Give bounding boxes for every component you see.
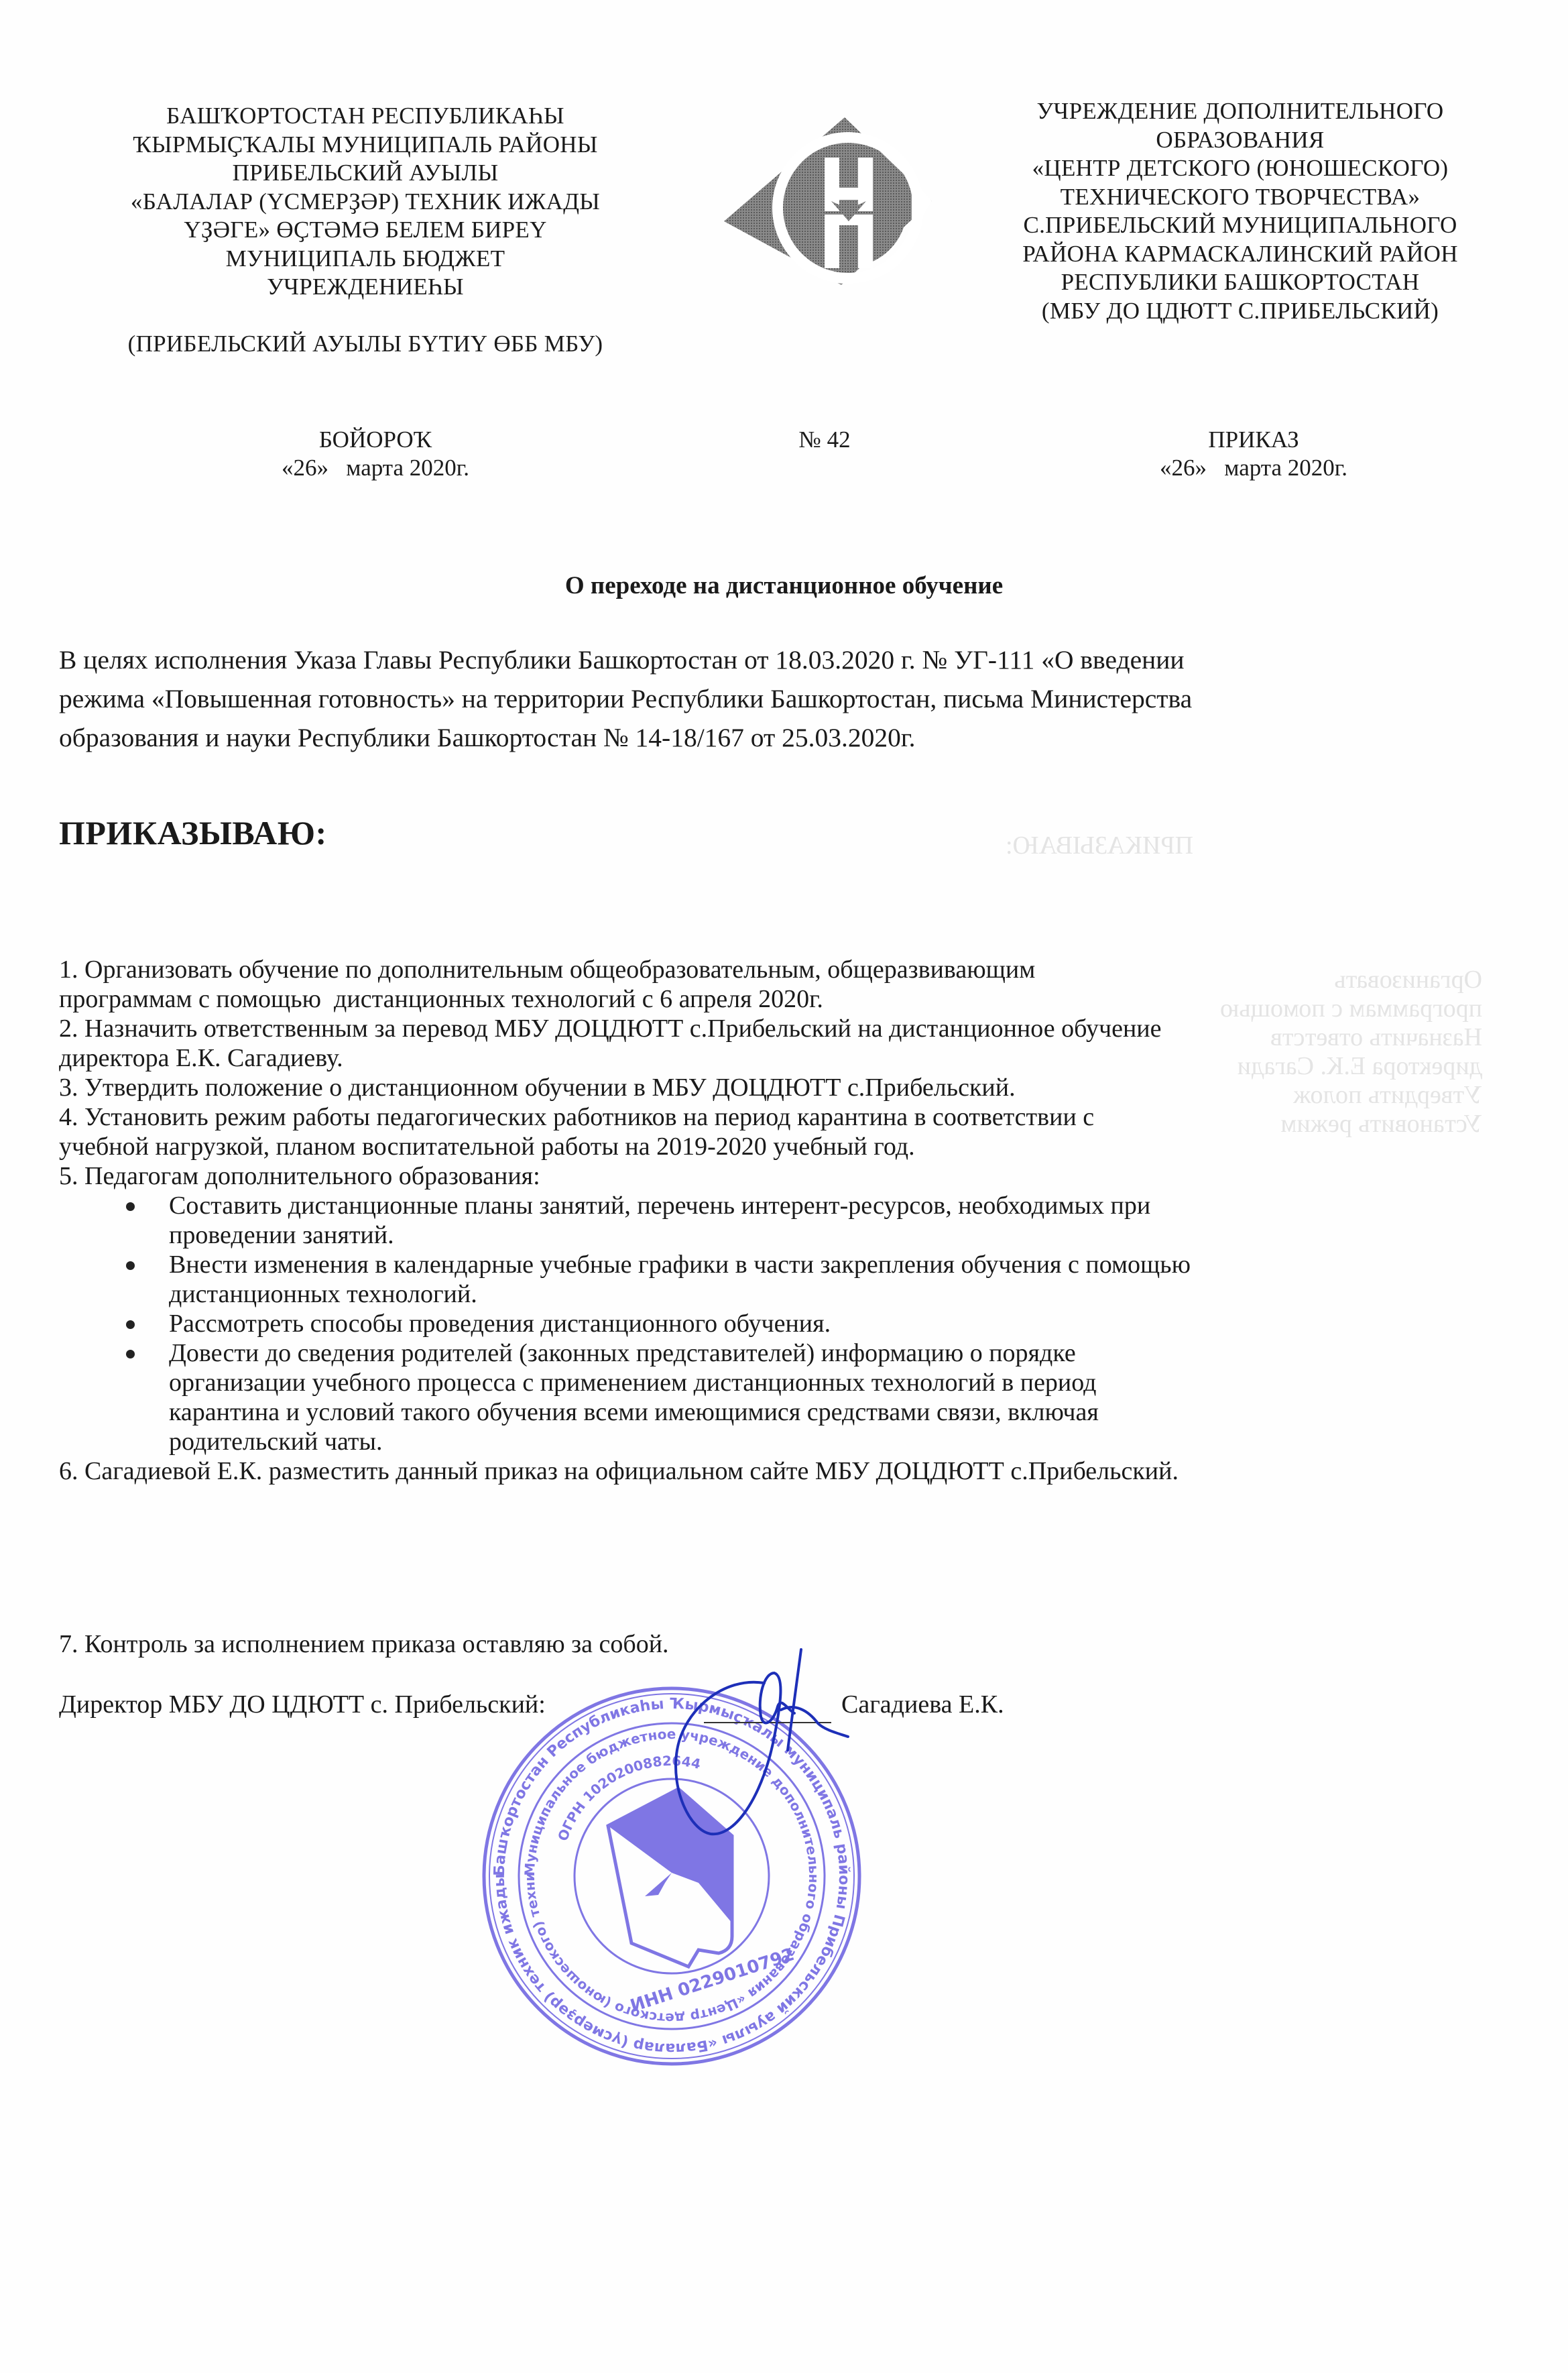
institution-emblem-icon [711,107,932,288]
item-line: 3. Утвердить положение о дистанционном о… [59,1073,1547,1102]
header-left-line: ҠЫРМЫҪҠАЛЫ МУНИЦИПАЛЬ РАЙОНЫ [60,131,670,160]
bullet-dot-icon [126,1320,135,1329]
document-page: ПРИКАЗЫВАЮ: Организовать программам с по… [0,0,1568,2373]
header-left-line: УЧРЕЖДЕНИЕҺЫ [60,273,670,302]
bullet-line: Составить дистанционные планы занятий, п… [169,1191,1547,1220]
order-item-1: 1. Организовать обучение по дополнительн… [59,955,1547,1014]
item-line: 6. Сагадиевой Е.К. разместить данный при… [59,1456,1547,1486]
item-line: 5. Педагогам дополнительного образования… [59,1161,1547,1191]
bullet-line: проведении занятий. [169,1220,1547,1250]
bullet-item: Внести изменения в календарные учебные г… [59,1250,1547,1309]
bullet-line: Внести изменения в календарные учебные г… [169,1250,1547,1279]
item-line: 2. Назначить ответственным за перевод МБ… [59,1014,1547,1043]
item-line: программам с помощью дистанционных техно… [59,984,1547,1014]
item-line: учебной нагрузкой, планом воспитательной… [59,1132,1547,1161]
bullet-line: карантина и условий такого обучения всем… [169,1397,1547,1427]
bullet-dot-icon [126,1261,135,1270]
order-item-6: 6. Сагадиевой Е.К. разместить данный при… [59,1456,1547,1486]
bullet-line: Рассмотреть способы проведения дистанцио… [169,1309,1547,1338]
order-item-4: 4. Установить режим работы педагогически… [59,1102,1547,1161]
signatory-name: Сагадиева Е.К. [841,1690,1004,1719]
header-left-line: ҮҘӘГЕ» ӨҪТӘМӘ БЕЛЕМ БИРЕҮ [60,216,670,245]
handwritten-signature-icon [664,1636,851,1837]
document-title: О переходе на дистанционное обучение [0,571,1568,601]
order-item-5: 5. Педагогам дополнительного образования… [59,1161,1547,1191]
preamble-line: В целях исполнения Указа Главы Республик… [59,640,1534,679]
header-left-abbreviation: (ПРИБЕЛЬСКИЙ АУЫЛЫ БҮТИҮ ӨББ МБУ) [60,330,670,359]
header-left-line: ПРИБЕЛЬСКИЙ АУЫЛЫ [60,159,670,188]
signatory-position: Директор МБУ ДО ЦДЮТТ с. Прибельский: [59,1690,546,1719]
order-type-bashkir: БОЙОРОҠ [215,426,536,454]
header-bashkir-block: БАШҠОРТОСТАН РЕСПУБЛИКАҺЫ ҠЫРМЫҪҠАЛЫ МУН… [60,102,670,358]
item-line: 4. Установить режим работы педагогически… [59,1102,1547,1132]
order-type-russian: ПРИКАЗ [1099,426,1408,454]
bullet-line: дистанционных технологий. [169,1279,1547,1309]
order-item-7: 7. Контроль за исполнением приказа остав… [59,1629,669,1659]
header-russian-block: УЧРЕЖДЕНИЕ ДОПОЛНИТЕЛЬНОГО ОБРАЗОВАНИЯ «… [939,97,1542,325]
reverse-side-bleed: ПРИКАЗЫВАЮ: [1006,831,1193,860]
header-right-line: (МБУ ДО ЦДЮТТ С.ПРИБЕЛЬСКИЙ) [939,297,1542,326]
header-right-line: РЕСПУБЛИКИ БАШКОРТОСТАН [939,268,1542,297]
order-heading: ПРИКАЗЫВАЮ: [59,813,327,853]
order-date-right: «26» марта 2020г. [1099,454,1408,482]
bullet-line: организации учебного процесса с применен… [169,1368,1547,1397]
header-right-line: УЧРЕЖДЕНИЕ ДОПОЛНИТЕЛЬНОГО [939,97,1542,126]
bullet-line: родительский чаты. [169,1427,1547,1456]
preamble-line: режима «Повышенная готовность» на террит… [59,679,1534,718]
header-right-line: РАЙОНА КАРМАСКАЛИНСКИЙ РАЙОН [939,240,1542,269]
bullet-dot-icon [126,1350,135,1358]
header-right-line: ОБРАЗОВАНИЯ [939,126,1542,155]
header-left-line: БАШҠОРТОСТАН РЕСПУБЛИКАҺЫ [60,102,670,131]
header-right-line: С.ПРИБЕЛЬСКИЙ МУНИЦИПАЛЬНОГО [939,211,1542,240]
order-number: № 42 [758,426,892,454]
order-date-left: «26» марта 2020г. [215,454,536,482]
order-items-list: 1. Организовать обучение по дополнительн… [59,955,1547,1486]
order-meta-bashkir: БОЙОРОҠ «26» марта 2020г. [215,426,536,482]
header-right-line: «ЦЕНТР ДЕТСКОГО (ЮНОШЕСКОГО) [939,154,1542,183]
header-left-line: МУНИЦИПАЛЬ БЮДЖЕТ [60,245,670,274]
header-right-line: ТЕХНИЧЕСКОГО ТВОРЧЕСТВА» [939,183,1542,212]
order-item-2: 2. Назначить ответственным за перевод МБ… [59,1014,1547,1073]
bullet-item: Составить дистанционные планы занятий, п… [59,1191,1547,1250]
bullet-dot-icon [126,1202,135,1211]
order-item-3: 3. Утвердить положение о дистанционном о… [59,1073,1547,1102]
order-meta-russian: ПРИКАЗ «26» марта 2020г. [1099,426,1408,482]
bullet-item: Довести до сведения родителей (законных … [59,1338,1547,1456]
header-left-line: «БАЛАЛАР (ҮСМЕРҘӘР) ТЕХНИК ИЖАДЫ [60,188,670,217]
bullet-item: Рассмотреть способы проведения дистанцио… [59,1309,1547,1338]
preamble-paragraph: В целях исполнения Указа Главы Республик… [59,640,1534,757]
item-line: директора Е.К. Сагадиеву. [59,1043,1547,1073]
preamble-line: образования и науки Республики Башкортос… [59,718,1534,757]
bullet-line: Довести до сведения родителей (законных … [169,1338,1547,1368]
item-line: 1. Организовать обучение по дополнительн… [59,955,1547,984]
